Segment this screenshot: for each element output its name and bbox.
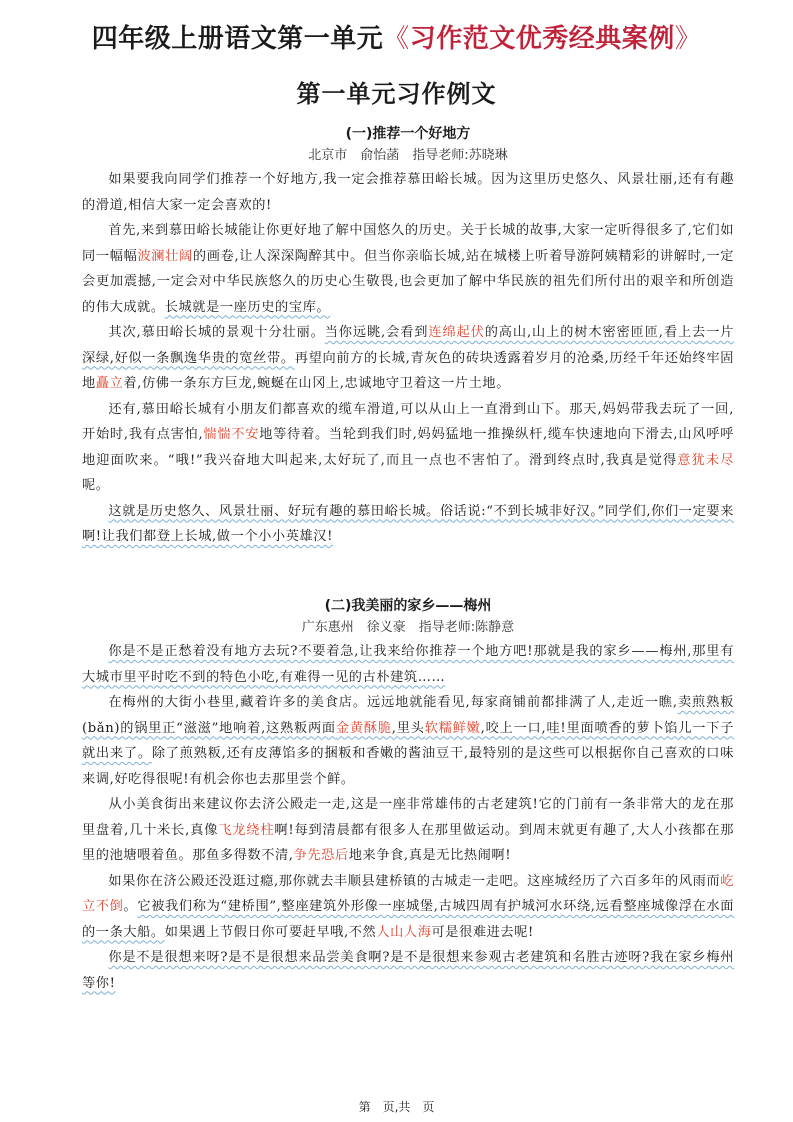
text-run: 在梅州的大街小巷里,藏着许多的美食店。远远地就能看见,每家商铺前都排满了人,走近… [108, 695, 677, 710]
underlined-sentence: ,里头 [392, 721, 425, 736]
underlined-sentence: 你是不是正愁着没有地方去玩?不要着急,让我来给你推荐一个地方吧!那就是我的家乡—… [82, 644, 734, 685]
highlighted-phrase: 飞龙绕柱 [218, 823, 274, 838]
text-run: 呢。 [82, 478, 110, 493]
text-run: 。 [124, 899, 138, 914]
essay-paragraph: 如果你在济公殿还没逛过瘾,那你就去丰顺县建桥镇的古城走一走吧。这座城经历了六百多… [82, 869, 734, 946]
essay-byline: 广东惠州 徐义豪 指导老师:陈静意 [82, 617, 734, 639]
highlighted-phrase: 人山人海 [376, 925, 431, 940]
essay-paragraph: 你是不是很想来呀?是不是很想来品尝美食啊?是不是很想来参观古老建筑和名胜古迹呀?… [82, 945, 734, 996]
highlighted-phrase: 矗立 [96, 376, 124, 391]
highlighted-phrase: 连绵起伏 [428, 325, 484, 340]
essay-paragraph: 还有,慕田峪长城有小朋友们都喜欢的缆车滑道,可以从山上一直滑到山下。那天,妈妈带… [82, 397, 734, 499]
text-run: 除了煎熟粄,还有皮薄馅多的捆粄和香嫩的酱油豆干,最特别的是这些可以根据你自己喜欢… [82, 746, 734, 787]
essay-2: (二)我美丽的家乡——梅州 广东惠州 徐义豪 指导老师:陈静意 你是不是正愁着没… [82, 595, 734, 996]
text-run: 可是很难进去呢! [432, 925, 534, 940]
essay-paragraph: 如果要我向同学们推荐一个好地方,我一定会推荐慕田峪长城。因为这里历史悠久、风景壮… [82, 167, 734, 218]
essay-byline: 北京市 俞怡菡 指导老师:苏晓琳 [82, 145, 734, 167]
highlighted-phrase: 波澜壮阔 [137, 249, 192, 264]
essay-title: (一)推荐一个好地方 [82, 123, 734, 145]
underlined-sentence: 这就是历史悠久、风景壮丽、好玩有趣的慕田峪长城。俗话说:“不到长城非好汉。”同学… [82, 504, 734, 545]
text-run: 着,仿佛一条东方巨龙,蜿蜒在山冈上,忠诚地守卫着这一片土地。 [123, 376, 510, 391]
main-title-black: 四年级上册语文第一单元 [92, 24, 384, 54]
main-title-quote-close: 》 [675, 24, 702, 54]
document-main-title: 四年级上册语文第一单元《习作范文优秀经典案例》 [0, 18, 793, 55]
section-title: 第一单元习作例文 [0, 74, 793, 109]
text-run: 其次,慕田峪长城的景观十分壮丽。 [108, 325, 324, 340]
highlighted-phrase: 意犹未尽 [677, 453, 734, 468]
underlined-sentence: 你是不是很想来呀?是不是很想来品尝美食啊?是不是很想来参观古老建筑和名胜古迹呀?… [82, 950, 734, 991]
highlighted-phrase: 金黄酥脆 [336, 721, 392, 736]
page-footer: 第 页,共 页 [0, 1098, 793, 1115]
text-run: 如果你在济公殿还没逛过瘾,那你就去丰顺县建桥镇的古城走一走吧。这座城经历了六百多… [108, 874, 720, 889]
essay-body: 你是不是正愁着没有地方去玩?不要着急,让我来给你推荐一个地方吧!那就是我的家乡—… [82, 639, 734, 996]
main-title-quote-open: 《 [383, 24, 410, 54]
essay-body: 如果要我向同学们推荐一个好地方,我一定会推荐慕田峪长城。因为这里历史悠久、风景壮… [82, 167, 734, 550]
essay-paragraph: 你是不是正愁着没有地方去玩?不要着急,让我来给你推荐一个地方吧!那就是我的家乡—… [82, 639, 734, 690]
underlined-sentence: 当你远眺,会看到 [325, 325, 429, 340]
essay-paragraph: 从小美食街出来建议你去济公殿走一走,这是一座非常雄伟的古老建筑!它的门前有一条非… [82, 792, 734, 869]
main-title-red: 习作范文优秀经典案例 [410, 24, 675, 54]
essay-paragraph: 这就是历史悠久、风景壮丽、好玩有趣的慕田峪长城。俗话说:“不到长城非好汉。”同学… [82, 499, 734, 550]
essay-paragraph: 其次,慕田峪长城的景观十分壮丽。当你远眺,会看到连绵起伏的高山,山上的树木密密匝… [82, 320, 734, 397]
essay-title: (二)我美丽的家乡——梅州 [82, 595, 734, 617]
essay-1: (一)推荐一个好地方 北京市 俞怡菡 指导老师:苏晓琳 如果要我向同学们推荐一个… [82, 123, 734, 550]
essay-paragraph: 首先,来到慕田峪长城能让你更好地了解中国悠久的历史。关于长城的故事,大家一定听得… [82, 218, 734, 320]
text-run: 如果遇上节假日你可要赶早哦,不然 [165, 925, 377, 940]
highlighted-phrase: 软糯鲜嫩 [425, 721, 481, 736]
highlighted-phrase: 争先恐后 [294, 848, 349, 863]
highlighted-phrase: 惴惴不安 [203, 427, 259, 442]
text-run: 地来争食,真是无比热闹啊! [349, 848, 511, 863]
underlined-sentence: 长城就是一座历史的宝库。 [165, 300, 330, 315]
text-run: 如果要我向同学们推荐一个好地方,我一定会推荐慕田峪长城。因为这里历史悠久、风景壮… [82, 172, 734, 213]
essay-paragraph: 在梅州的大街小巷里,藏着许多的美食店。远远地就能看见,每家商铺前都排满了人,走近… [82, 690, 734, 792]
